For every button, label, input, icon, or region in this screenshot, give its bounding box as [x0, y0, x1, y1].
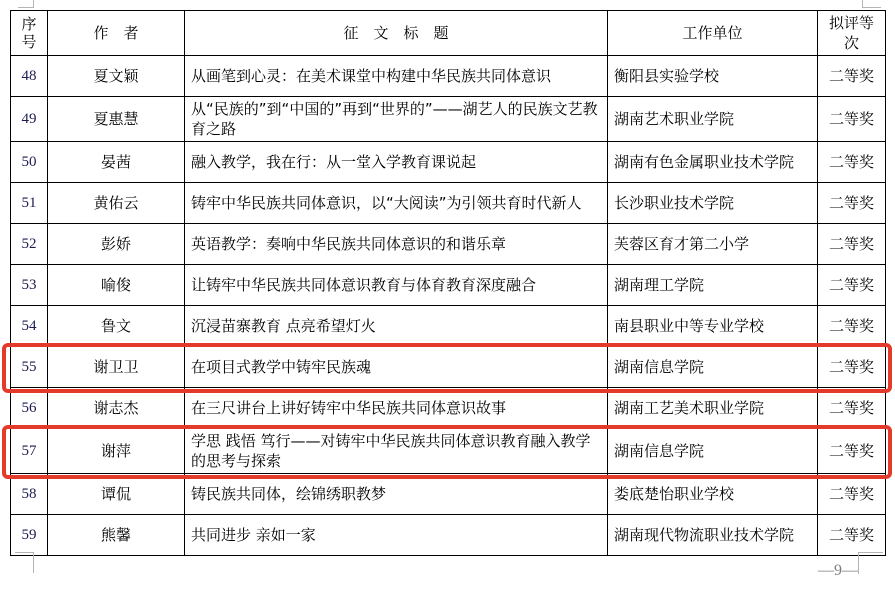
award-grade-cell: 二等奖: [818, 224, 886, 265]
table-row: 59熊馨共同进步 亲如一家湖南现代物流职业技术学院二等奖: [11, 515, 886, 556]
work-unit-cell: 湖南艺术职业学院: [608, 97, 818, 142]
table-row: 48夏文颖从画笔到心灵：在美术课堂中构建中华民族共同体意识衡阳县实验学校二等奖: [11, 56, 886, 97]
essay-title-cell: 从“民族的”到“中国的”再到“世界的”——湖艺人的民族文艺教育之路: [185, 97, 608, 142]
table-row: 53喻俊让铸牢中华民族共同体意识教育与体育教育深度融合湖南理工学院二等奖: [11, 265, 886, 306]
award-grade-cell: 二等奖: [818, 388, 886, 429]
serial-number-cell: 48: [11, 56, 48, 97]
work-unit-cell: 湖南有色金属职业技术学院: [608, 142, 818, 183]
work-unit-cell: 南县职业中等专业学校: [608, 306, 818, 347]
work-unit-cell: 湖南现代物流职业技术学院: [608, 515, 818, 556]
serial-number-cell: 51: [11, 183, 48, 224]
award-grade-cell: 二等奖: [818, 515, 886, 556]
work-unit-cell: 娄底楚怡职业学校: [608, 474, 818, 515]
table-row: 54鲁文沉浸苗寨教育 点亮希望灯火南县职业中等专业学校二等奖: [11, 306, 886, 347]
page-number: —9—: [818, 562, 858, 580]
award-grade-cell: 二等奖: [818, 306, 886, 347]
header-author: 作 者: [48, 11, 185, 56]
author-cell: 黄佑云: [48, 183, 185, 224]
table-row: 57谢萍学思 践悟 笃行——对铸牢中华民族共同体意识教育融入教学的思考与探索湖南…: [11, 429, 886, 474]
work-unit-cell: 湖南信息学院: [608, 347, 818, 388]
work-unit-cell: 湖南信息学院: [608, 429, 818, 474]
table-row: 52彭娇英语教学：奏响中华民族共同体意识的和谐乐章芙蓉区育才第二小学二等奖: [11, 224, 886, 265]
work-unit-cell: 湖南理工学院: [608, 265, 818, 306]
essay-title-cell: 共同进步 亲如一家: [185, 515, 608, 556]
award-table: 序号 作 者 征 文 标 题 工作单位 拟评等次 48夏文颖从画笔到心灵：在美术…: [10, 10, 886, 556]
serial-number-cell: 58: [11, 474, 48, 515]
essay-title-cell: 融入教学，我在行：从一堂入学教育课说起: [185, 142, 608, 183]
serial-number-cell: 49: [11, 97, 48, 142]
serial-number-cell: 56: [11, 388, 48, 429]
serial-number-cell: 54: [11, 306, 48, 347]
award-grade-cell: 二等奖: [818, 183, 886, 224]
header-work-unit: 工作单位: [608, 11, 818, 56]
essay-title-cell: 铸牢中华民族共同体意识，以“大阅读”为引领共育时代新人: [185, 183, 608, 224]
essay-title-cell: 沉浸苗寨教育 点亮希望灯火: [185, 306, 608, 347]
table-row: 56谢志杰在三尺讲台上讲好铸牢中华民族共同体意识故事湖南工艺美术职业学院二等奖: [11, 388, 886, 429]
essay-title-cell: 从画笔到心灵：在美术课堂中构建中华民族共同体意识: [185, 56, 608, 97]
serial-number-cell: 50: [11, 142, 48, 183]
author-cell: 彭娇: [48, 224, 185, 265]
margin-corner-mark-top-left: [18, 0, 34, 8]
author-cell: 熊馨: [48, 515, 185, 556]
margin-corner-mark-bottom-right: [858, 552, 883, 574]
award-grade-cell: 二等奖: [818, 56, 886, 97]
serial-number-cell: 53: [11, 265, 48, 306]
award-grade-cell: 二等奖: [818, 142, 886, 183]
award-grade-cell: 二等奖: [818, 429, 886, 474]
essay-title-cell: 铸民族共同体，绘锦绣职教梦: [185, 474, 608, 515]
serial-number-cell: 52: [11, 224, 48, 265]
table-header-row: 序号 作 者 征 文 标 题 工作单位 拟评等次: [11, 11, 886, 56]
serial-number-cell: 59: [11, 515, 48, 556]
author-cell: 谢萍: [48, 429, 185, 474]
document-page: 序号 作 者 征 文 标 题 工作单位 拟评等次 48夏文颖从画笔到心灵：在美术…: [0, 0, 895, 598]
author-cell: 谢卫卫: [48, 347, 185, 388]
work-unit-cell: 芙蓉区育才第二小学: [608, 224, 818, 265]
table-row: 58谭侃铸民族共同体，绘锦绣职教梦娄底楚怡职业学校二等奖: [11, 474, 886, 515]
table-row: 49夏惠慧从“民族的”到“中国的”再到“世界的”——湖艺人的民族文艺教育之路湖南…: [11, 97, 886, 142]
essay-title-cell: 英语教学：奏响中华民族共同体意识的和谐乐章: [185, 224, 608, 265]
author-cell: 夏惠慧: [48, 97, 185, 142]
author-cell: 谢志杰: [48, 388, 185, 429]
margin-corner-mark-bottom-left: [15, 552, 34, 573]
award-grade-cell: 二等奖: [818, 265, 886, 306]
award-grade-cell: 二等奖: [818, 474, 886, 515]
essay-title-cell: 让铸牢中华民族共同体意识教育与体育教育深度融合: [185, 265, 608, 306]
header-award-grade: 拟评等次: [818, 11, 886, 56]
table-row: 55谢卫卫在项目式教学中铸牢民族魂湖南信息学院二等奖: [11, 347, 886, 388]
essay-title-cell: 在三尺讲台上讲好铸牢中华民族共同体意识故事: [185, 388, 608, 429]
author-cell: 鲁文: [48, 306, 185, 347]
author-cell: 喻俊: [48, 265, 185, 306]
header-essay-title: 征 文 标 题: [185, 11, 608, 56]
work-unit-cell: 湖南工艺美术职业学院: [608, 388, 818, 429]
author-cell: 夏文颖: [48, 56, 185, 97]
margin-corner-mark-top-right: [862, 0, 881, 8]
serial-number-cell: 55: [11, 347, 48, 388]
essay-title-cell: 在项目式教学中铸牢民族魂: [185, 347, 608, 388]
serial-number-cell: 57: [11, 429, 48, 474]
author-cell: 晏茜: [48, 142, 185, 183]
essay-title-cell: 学思 践悟 笃行——对铸牢中华民族共同体意识教育融入教学的思考与探索: [185, 429, 608, 474]
work-unit-cell: 长沙职业技术学院: [608, 183, 818, 224]
author-cell: 谭侃: [48, 474, 185, 515]
table-row: 50晏茜融入教学，我在行：从一堂入学教育课说起湖南有色金属职业技术学院二等奖: [11, 142, 886, 183]
award-grade-cell: 二等奖: [818, 347, 886, 388]
header-serial-number: 序号: [11, 11, 48, 56]
work-unit-cell: 衡阳县实验学校: [608, 56, 818, 97]
table-row: 51黄佑云铸牢中华民族共同体意识，以“大阅读”为引领共育时代新人长沙职业技术学院…: [11, 183, 886, 224]
award-grade-cell: 二等奖: [818, 97, 886, 142]
